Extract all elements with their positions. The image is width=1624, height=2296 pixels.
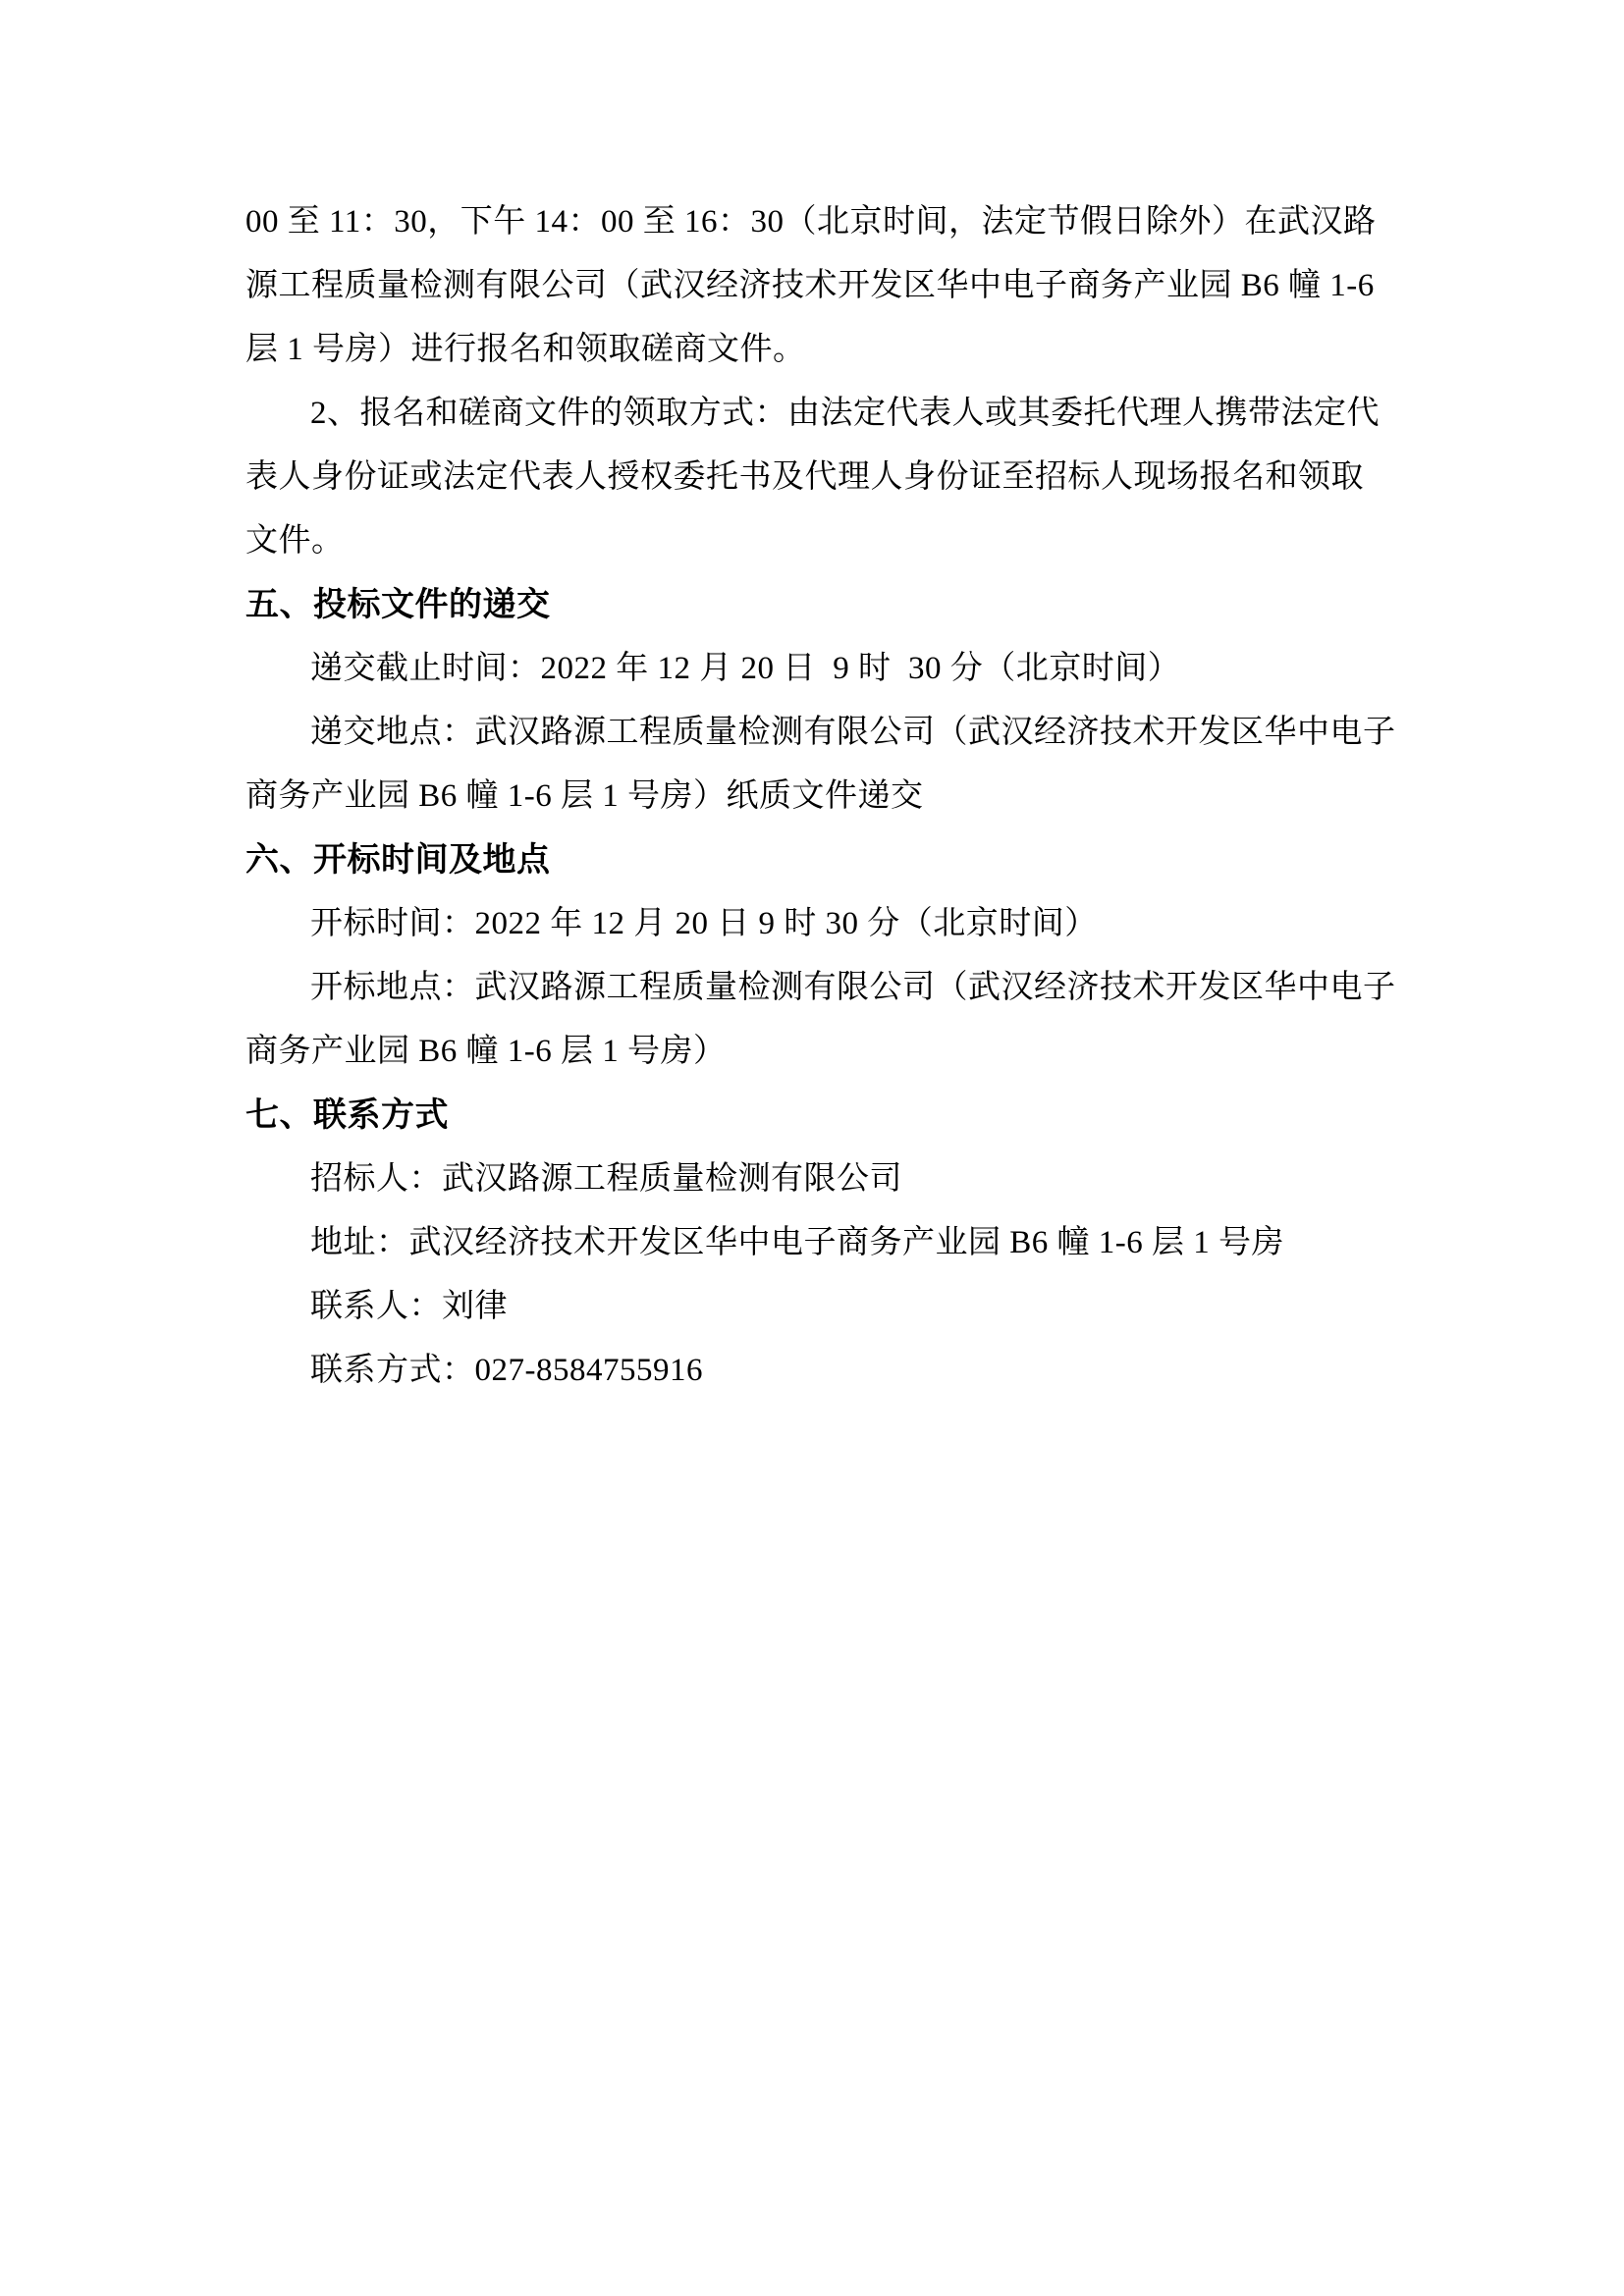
section-heading: 六、开标时间及地点: [245, 828, 1384, 892]
document-page: 00 至 11：30，下午 14：00 至 16：30（北京时间，法定节假日除外…: [0, 0, 1624, 2296]
text-line: 联系方式：027-8584755916: [245, 1339, 1384, 1403]
text-line: 开标时间：2022 年 12 月 20 日 9 时 30 分（北京时间）: [245, 892, 1384, 956]
text-line: 表人身份证或法定代表人授权委托书及代理人身份证至招标人现场报名和领取: [245, 446, 1384, 509]
text-line: 递交截止时间：2022 年 12 月 20 日 9 时 30 分（北京时间）: [245, 637, 1384, 701]
text-line: 递交地点：武汉路源工程质量检测有限公司（武汉经济技术开发区华中电子: [245, 701, 1384, 765]
document-body: 00 至 11：30，下午 14：00 至 16：30（北京时间，法定节假日除外…: [245, 190, 1384, 1403]
text-line: 层 1 号房）进行报名和领取磋商文件。: [245, 318, 1384, 382]
text-line: 地址：武汉经济技术开发区华中电子商务产业园 B6 幢 1-6 层 1 号房: [245, 1211, 1384, 1275]
text-line: 2、报名和磋商文件的领取方式：由法定代表人或其委托代理人携带法定代: [245, 382, 1384, 446]
text-line: 商务产业园 B6 幢 1-6 层 1 号房）: [245, 1020, 1384, 1084]
text-line: 联系人：刘律: [245, 1275, 1384, 1339]
text-line: 文件。: [245, 509, 1384, 573]
text-line: 招标人：武汉路源工程质量检测有限公司: [245, 1148, 1384, 1211]
section-heading: 七、联系方式: [245, 1084, 1384, 1148]
section-heading: 五、投标文件的递交: [245, 573, 1384, 637]
text-line: 00 至 11：30，下午 14：00 至 16：30（北京时间，法定节假日除外…: [245, 190, 1384, 254]
text-line: 源工程质量检测有限公司（武汉经济技术开发区华中电子商务产业园 B6 幢 1-6: [245, 254, 1384, 318]
text-line: 开标地点：武汉路源工程质量检测有限公司（武汉经济技术开发区华中电子: [245, 956, 1384, 1020]
text-line: 商务产业园 B6 幢 1-6 层 1 号房）纸质文件递交: [245, 765, 1384, 828]
